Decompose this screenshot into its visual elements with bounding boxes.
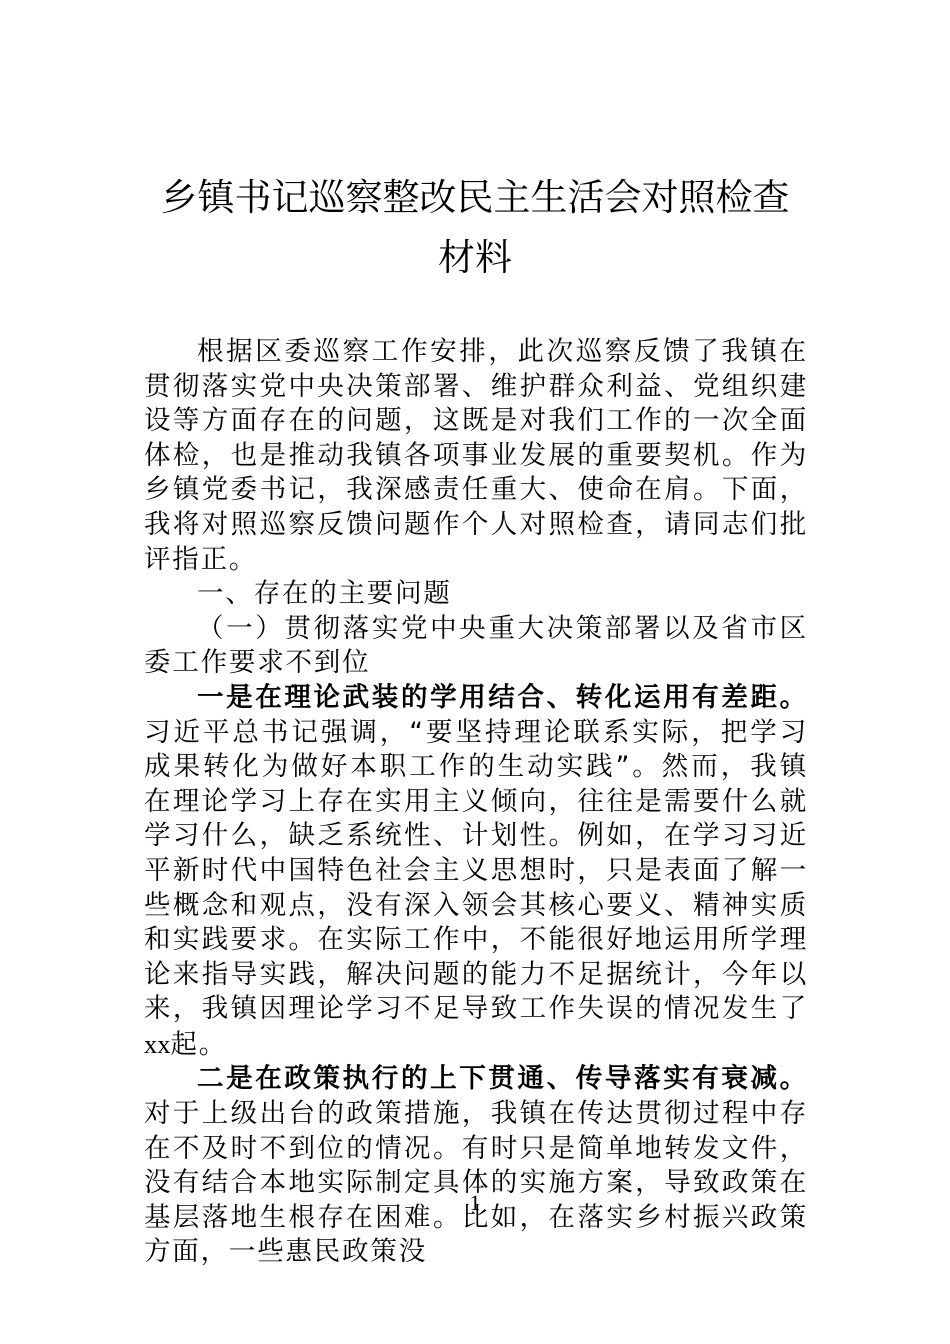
document-page: 乡镇书记巡察整改民主生活会对照检查材料 根据区委巡察工作安排，此次巡察反馈了我镇… xyxy=(0,0,950,1344)
section-heading-main-problems: 一、存在的主要问题 xyxy=(144,577,808,612)
point-one-lead: 一是在理论武装的学用结合、转化运用有差距。 xyxy=(197,682,808,713)
document-title: 乡镇书记巡察整改民主生活会对照检查材料 xyxy=(150,168,800,288)
point-two-text: 对于上级出台的政策措施，我镇在传达贯彻过程中存在不及时不到位的情况。有时只是简单… xyxy=(144,1098,808,1267)
page-number: 1 xyxy=(455,1190,495,1216)
point-one-tail: 起。 xyxy=(171,1029,228,1060)
point-one-paragraph: 一是在理论武装的学用结合、转化运用有差距。习近平总书记强调，“要坚持理论联系实际… xyxy=(144,681,808,1063)
point-two-paragraph: 二是在政策执行的上下贯通、传导落实有衰减。对于上级出台的政策措施，我镇在传达贯彻… xyxy=(144,1062,808,1270)
intro-paragraph: 根据区委巡察工作安排，此次巡察反馈了我镇在贯彻落实党中央决策部署、维护群众利益、… xyxy=(144,335,808,577)
count-placeholder: xx xyxy=(144,1029,171,1059)
document-body: 根据区委巡察工作安排，此次巡察反馈了我镇在贯彻落实党中央决策部署、维护群众利益、… xyxy=(144,335,808,1270)
point-one-text: 习近平总书记强调，“要坚持理论联系实际，把学习成果转化为做好本职工作的生动实践”… xyxy=(144,717,808,1025)
subsection-heading-1: （一）贯彻落实党中央重大决策部署以及省市区委工作要求不到位 xyxy=(144,612,808,681)
point-two-lead: 二是在政策执行的上下贯通、传导落实有衰减。 xyxy=(197,1063,808,1094)
